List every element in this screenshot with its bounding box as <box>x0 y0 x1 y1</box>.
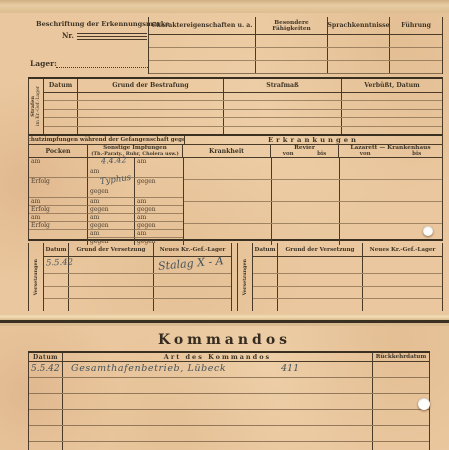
table-row: am am 4.4.42 am <box>29 158 183 178</box>
punch-hole <box>423 226 433 236</box>
lager-label: Lager: <box>30 59 57 68</box>
handwriting-kommando-date: 5.5.42 <box>31 364 60 374</box>
table-row <box>29 394 429 410</box>
table-row <box>29 442 429 450</box>
bis-label: bis <box>317 151 326 157</box>
col-art-des-kommandos: Art des Kommandos <box>63 353 373 361</box>
table-row <box>149 48 442 61</box>
bis-label: bis <box>412 151 421 157</box>
table-row <box>184 202 442 224</box>
table-row <box>44 127 442 134</box>
col-strafmass: Strafmaß <box>224 79 342 92</box>
table-row <box>149 61 442 74</box>
punishments-side-label: Strafen im Kr.-Gef.-Lager <box>29 79 44 134</box>
col-grund-der-bestrafung: Grund der Bestrafung <box>78 79 224 92</box>
pow-record-card-scan: Beschriftung der Erkennungsmarke Nr. Lag… <box>0 0 449 450</box>
col-besondere-faehigkeiten: Besondere Fähigkeiten <box>256 17 328 34</box>
col-datum: Datum <box>253 243 278 256</box>
col-fuehrung: Führung <box>390 17 442 34</box>
table-row: Erfolg gegen gegen <box>29 222 183 230</box>
table-row: am am am <box>29 198 183 206</box>
transfers-table-left: Versetzungen Datum Grund der Versetzung … <box>28 243 232 311</box>
table-row: 5.5.42 Gesamthafenbetrieb, Lübeck 411 <box>29 362 429 378</box>
main-card: Beschriftung der Erkennungsmarke Nr. Lag… <box>0 13 449 323</box>
table-row: Erfolg gegen Typhus gegen <box>29 178 183 198</box>
table-row <box>253 299 442 311</box>
kommandos-table: Datum Art des Kommandos Rückkehrdatum 5.… <box>28 353 430 450</box>
handwriting-date: 4.4.42 <box>101 155 127 165</box>
table-row <box>44 118 442 126</box>
col-pocken: Pocken <box>29 145 88 157</box>
handwriting-transfer-date: 5.5.42 <box>46 258 73 269</box>
vaccinations-body: am am 4.4.42 am Erfolg gegen Typhus gege… <box>29 158 184 245</box>
handwriting-new-camp: Stalag X - A <box>158 254 225 273</box>
table-row <box>29 410 429 426</box>
table-row <box>149 35 442 48</box>
transfers-side-label: Versetzungen <box>29 243 44 311</box>
table-row <box>44 274 231 287</box>
handwriting-kommando-name: Gesamthafenbetrieb, Lübeck <box>71 363 226 374</box>
table-row <box>44 110 442 118</box>
kommandos-title: Kommandos <box>0 332 449 348</box>
col-neues-lager: Neues Kr.-Gef.-Lager <box>363 243 442 256</box>
col-charaktereigenschaften: Charaktereigenschaften u. a. <box>149 17 256 34</box>
erkennungsmarke-title: Beschriftung der Erkennungsmarke <box>36 20 154 28</box>
paper-edge-bottom <box>0 313 449 323</box>
col-grund-der-versetzung: Grund der Versetzung <box>69 243 154 256</box>
table-row <box>44 93 442 101</box>
traits-table: Charaktereigenschaften u. a. Besondere F… <box>148 17 443 74</box>
col-revier: Revier von bis <box>271 145 339 157</box>
table-row: am am <box>29 230 183 238</box>
table-row <box>44 287 231 300</box>
paper-edge-top <box>0 0 449 13</box>
transfers-table-right: Versetzungen Datum Grund der Versetzung … <box>237 243 443 311</box>
transfers-side-label: Versetzungen <box>238 243 253 311</box>
table-row <box>184 158 442 180</box>
nr-ruled-lines <box>77 33 147 42</box>
table-row <box>184 224 442 245</box>
nr-label: Nr. <box>62 31 74 40</box>
table-row: 5.5.42 Stalag X - A <box>44 257 231 274</box>
punishments-table: Strafen im Kr.-Gef.-Lager Datum Grund de… <box>28 77 443 134</box>
col-datum: Datum <box>29 353 63 361</box>
kommandos-card: Kommandos Datum Art des Kommandos Rückke… <box>0 326 449 450</box>
table-row <box>253 274 442 287</box>
handwriting-kommando-number: 411 <box>281 363 299 374</box>
von-label: von <box>360 151 371 157</box>
table-row <box>29 426 429 442</box>
col-lazarett: Lazarett — Krankenhaus von bis <box>339 145 442 157</box>
table-row <box>44 101 442 109</box>
col-krankheit: Krankheit <box>183 145 271 157</box>
col-verbuesst-datum: Verbüßt, Datum <box>342 79 442 92</box>
col-sonstige-impfungen: Sonstige Impfungen (Tb.-Paraty., Ruhr, C… <box>88 145 183 157</box>
table-row <box>184 180 442 202</box>
vaccinations-illnesses-table: Schutzimpfungen während der Gefangenscha… <box>28 134 443 241</box>
illnesses-body <box>184 158 442 245</box>
table-row <box>44 299 231 311</box>
col-datum: Datum <box>44 79 78 92</box>
table-row <box>253 287 442 300</box>
table-row <box>29 378 429 394</box>
table-row <box>253 257 442 274</box>
col-rueckkehrdatum: Rückkehrdatum <box>373 353 429 361</box>
col-datum: Datum <box>44 243 69 256</box>
lager-dotted-line <box>56 59 148 68</box>
illnesses-title: Erkrankungen <box>185 136 442 144</box>
punch-hole <box>418 398 430 410</box>
vaccinations-title: Schutzimpfungen während der Gefangenscha… <box>29 136 185 144</box>
von-label: von <box>283 151 294 157</box>
col-sprachkenntnisse: Sprachkenntnisse <box>328 17 390 34</box>
table-row: Erfolg gegen gegen <box>29 206 183 214</box>
table-row: am am am <box>29 214 183 222</box>
col-grund-der-versetzung: Grund der Versetzung <box>278 243 363 256</box>
